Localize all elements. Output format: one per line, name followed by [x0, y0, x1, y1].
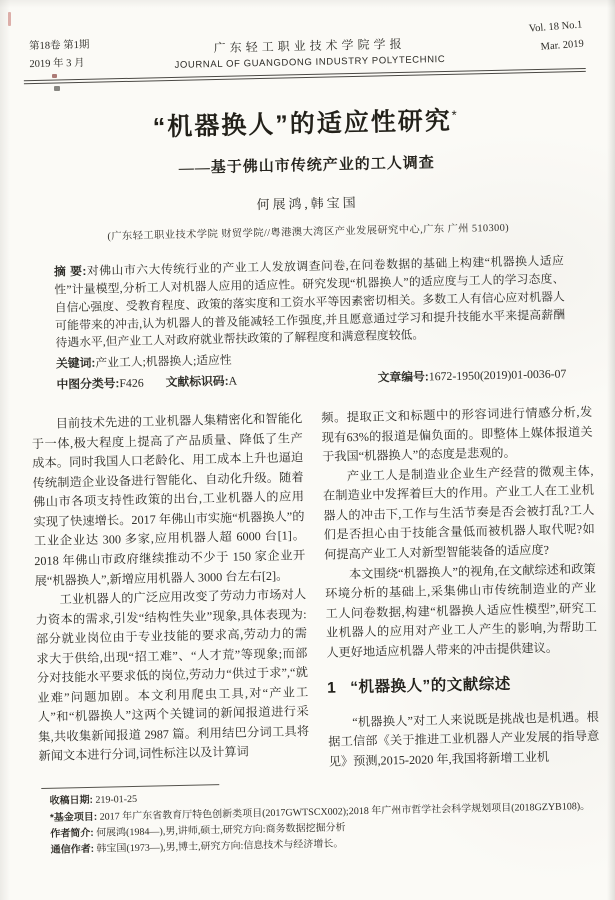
clc-value: F426: [119, 376, 144, 391]
section-1-number: 1: [327, 680, 336, 697]
clc-label: 中图分类号:: [56, 377, 119, 392]
authors: 何展鸿,韩宝国: [26, 187, 588, 218]
journal-header-right: Vol. 18 No.1 Mar. 2019: [528, 17, 584, 59]
page-content: 第18卷 第1期 2019 年 3 月 广东轻工职业技术学院学报 JOURNAL…: [23, 24, 603, 859]
scan-paper-background: 第18卷 第1期 2019 年 3 月 广东轻工职业技术学院学报 JOURNAL…: [0, 0, 615, 900]
article-id-value: 1672-1950(2019)01-0036-07: [429, 367, 567, 384]
body-paragraph: “机器换人”对工人来说既是挑战也是机遇。根据工信部《关于推进工业机器人产业发展的…: [328, 708, 600, 772]
left-column: 目前技术先进的工业机器人集精密化和智能化于一体,极大程度上提高了产品质量、降低了…: [31, 410, 310, 779]
bio-value: 何展鸿(1984—),男,讲师,硕士,研究方向:商务数据挖掘分析: [96, 822, 346, 838]
keywords-text: 产业工人;机器换人;适应性: [95, 353, 232, 370]
footnote-rule: [41, 785, 219, 790]
affiliation: (广东轻工职业技术学院 财贸学院//粤港澳大湾区产业发展研究中心,广东 广州 5…: [27, 217, 589, 244]
title-footnote-asterisk: *: [452, 107, 459, 122]
section-1-title: “机器换人”的文献综述: [350, 676, 511, 696]
doc-code-label: 文献标识码:: [166, 374, 229, 389]
clc-group: 中图分类号:F426文献标识码:A: [56, 372, 237, 393]
body-columns: 目前技术先进的工业机器人集精密化和智能化于一体,极大程度上提高了产品质量、降低了…: [31, 403, 601, 778]
received-label: 收稿日期:: [49, 795, 93, 807]
fund-label: *基金项目:: [50, 811, 97, 823]
journal-header-left: 第18卷 第1期 2019 年 3 月: [29, 37, 90, 74]
right-column: 频。提取正文和标题中的形容词进行情感分析,发现有63%的报道是偏负面的。即整体上…: [321, 403, 600, 772]
corresponding-value: 韩宝国(1973—),男,博士,研究方向:信息技术与经济增长。: [96, 838, 343, 854]
scan-speck: [8, 12, 11, 26]
body-paragraph: 工业机器人的广泛应用改变了劳动力市场对人力资本的需求,引发“结构性失业”现象,具…: [35, 585, 310, 767]
body-paragraph: 产业工人是制造业企业生产经营的微观主体,在制造业中发挥着巨大的作用。产业工人在工…: [322, 462, 595, 565]
abstract-label: 摘 要:: [54, 264, 87, 279]
journal-header-center: 广东轻工职业技术学院学报 JOURNAL OF GUANGDONG INDUST…: [89, 32, 530, 73]
bio-label: 作者简介:: [50, 828, 94, 840]
article-id-group: 文章编号:1672-1950(2019)01-0036-07: [377, 365, 566, 386]
body-paragraph: 频。提取正文和标题中的形容词进行情感分析,发现有63%的报道是偏负面的。即整体上…: [321, 403, 593, 467]
scanned-journal-page: { "header": { "vol_issue_cn": "第18卷 第1期"…: [0, 0, 615, 900]
date-cn: 2019 年 3 月: [29, 55, 90, 74]
article-title: “机器换人”的适应性研究*: [24, 98, 587, 146]
corresponding-label: 通信作者:: [51, 844, 95, 856]
body-paragraph: 本文围绕“机器换人”的视角,在文献综述和政策环境分析的基础上,采集佛山市传统制造…: [324, 559, 597, 662]
section-1-heading: 1“机器换人”的文献综述: [327, 671, 598, 702]
body-paragraph: 目前技术先进的工业机器人集精密化和智能化于一体,极大程度上提高了产品质量、降低了…: [31, 410, 306, 592]
volume-issue-cn: 第18卷 第1期: [29, 37, 90, 56]
footnote-block: 收稿日期: 219-01-25 *基金项目: 2017 年广东省教育厅特色创新类…: [39, 776, 602, 859]
article-id-label: 文章编号:: [378, 370, 429, 385]
abstract-text: 对佛山市六大传统行业的产业工人发放调查问卷,在问卷数据的基础上构建“机器换人适应…: [54, 253, 565, 350]
article-title-text: “机器换人”的适应性研究: [153, 107, 453, 142]
article-subtitle: ——基于佛山市传统产业的工人调查: [26, 148, 588, 181]
doc-code-value: A: [228, 374, 237, 388]
abstract-block: 摘 要:对佛山市六大传统行业的产业工人发放调查问卷,在问卷数据的基础上构建“机器…: [54, 252, 566, 353]
keywords-label: 关键词:: [56, 356, 96, 371]
received-value: 219-01-25: [95, 794, 137, 806]
